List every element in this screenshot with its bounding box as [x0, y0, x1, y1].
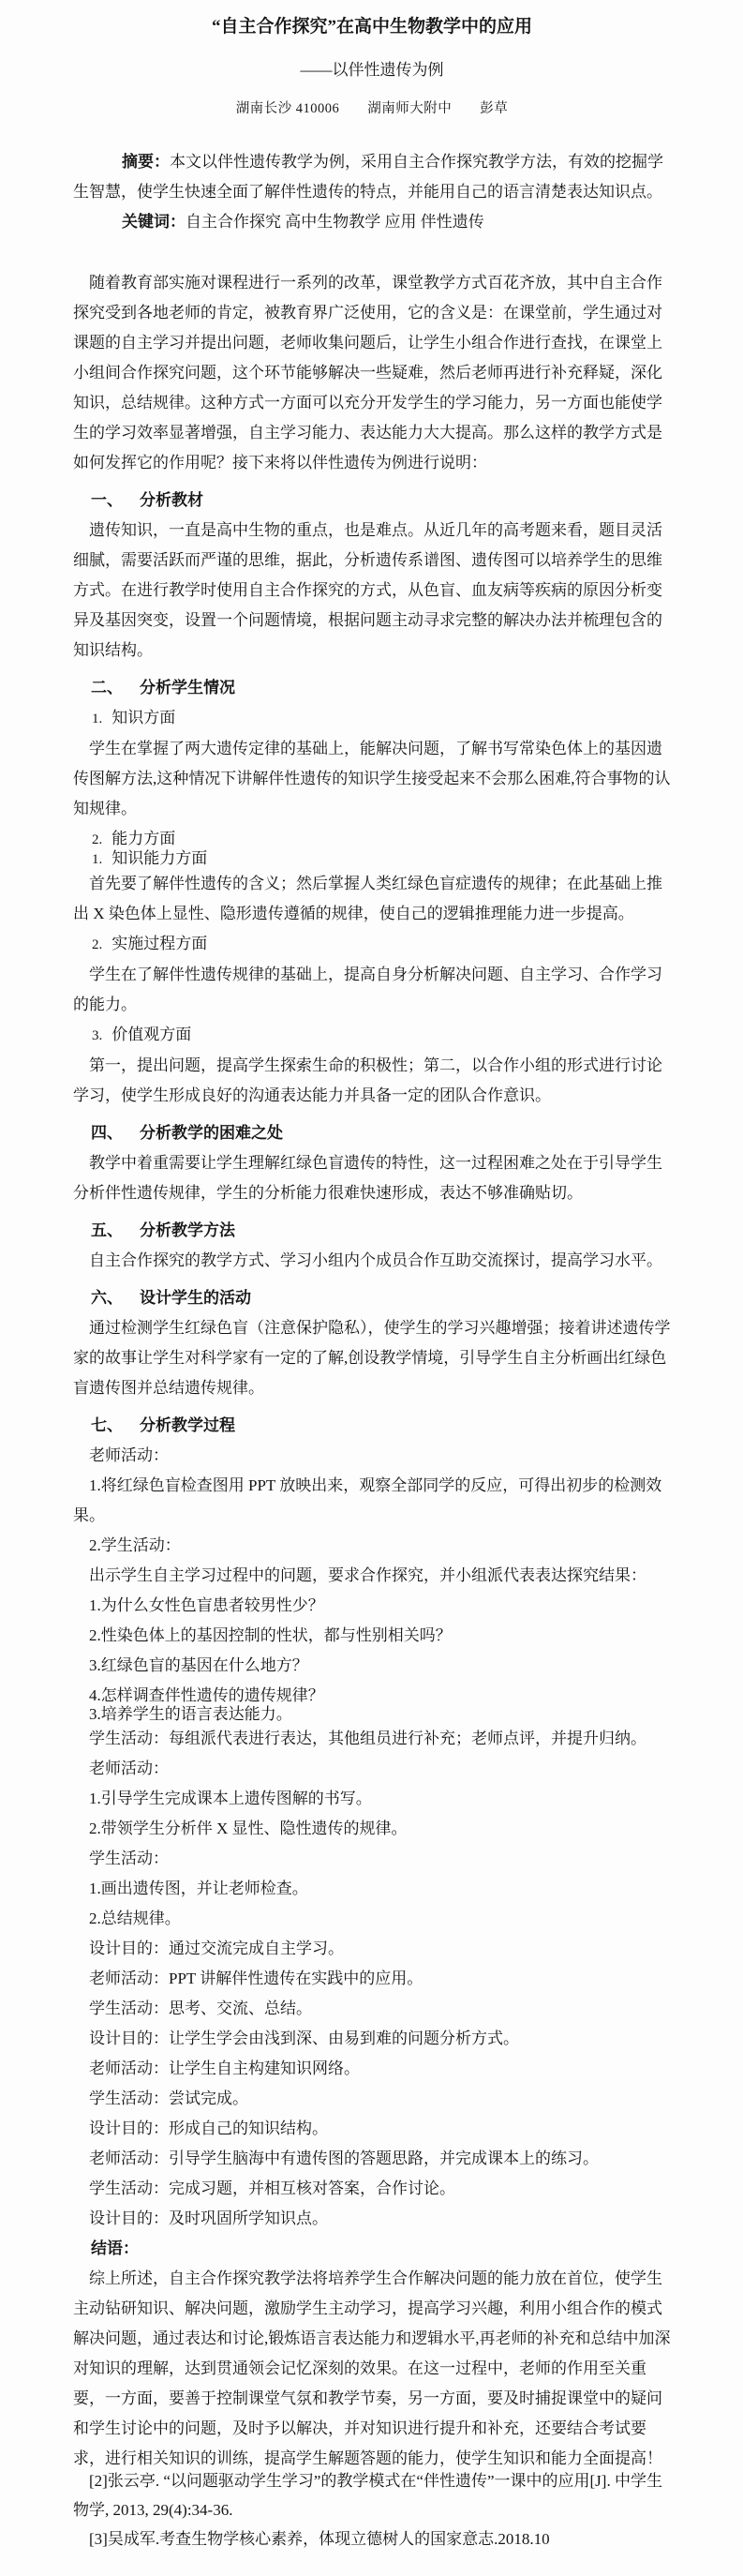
item-text: 知识能力方面 — [111, 849, 207, 867]
activity-line: 出示学生自主学习过程中的问题，要求合作探究，并小组派代表表达探究结果： — [73, 1561, 671, 1591]
conclusion-label: 结语： — [73, 2234, 671, 2264]
section-5-paragraph: 自主合作探究的教学方式、学习小组内个成员合作互助交流探讨，提高学习水平。 — [73, 1246, 671, 1276]
activity-line: 1.将红绿色盲检查图用 PPT 放映出来，观察全部同学的反应，可得出初步的检测效… — [73, 1471, 671, 1531]
intro-paragraph: 随着教育部实施对课程进行一系列的改革，课堂教学方式百花齐放，其中自主合作探究受到… — [73, 268, 671, 478]
activity-line: 老师活动：引导学生脑海中有遗传图的答题思路，并完成课本上的练习。 — [73, 2144, 671, 2174]
blank-gap — [73, 237, 671, 268]
section-heading-1: 一、分析教材 — [73, 486, 671, 516]
item-knowledge: 1.知识方面 — [73, 703, 671, 734]
reference-item: [2]张云亭. “以问题驱动学生学习”的教学模式在“伴性遗传”一课中的应用[J]… — [73, 2466, 671, 2524]
heading-text: 分析教材 — [140, 491, 203, 509]
activity-line: 学生活动：尝试完成。 — [73, 2084, 671, 2114]
paragraph-label: 摘要： — [122, 153, 170, 171]
activity-line: 学生活动：完成习题，并相互核对答案，合作讨论。 — [73, 2174, 671, 2204]
paragraph-implementation: 学生在了解伴性遗传规律的基础上，提高自身分析解决问题、自主学习、合作学习的能力。 — [73, 960, 671, 1020]
item-number: 1. — [92, 850, 102, 869]
heading-text: 分析教学方法 — [140, 1221, 235, 1239]
activity-line: 1.引导学生完成课本上遗传图解的书写。 — [73, 1784, 671, 1814]
item-knowledge-ability: 1.知识能力方面 — [73, 849, 671, 869]
item-text: 能力方面 — [111, 830, 175, 847]
heading-text: 分析教学过程 — [140, 1416, 235, 1434]
heading-number: 七、 — [91, 1411, 123, 1441]
author-line: 湖南长沙 410006 湖南师大附中 彭草 — [73, 98, 671, 119]
heading-text: 设计学生的活动 — [140, 1289, 251, 1307]
reference-item: [3]吴成军.考查生物学核心素养，体现立德树人的国家意志.2018.10 — [73, 2524, 671, 2554]
paragraph-text: 自主合作探究 高中生物教学 应用 伴性遗传 — [186, 213, 484, 231]
activity-line: 老师活动：让学生自主构建知识网络。 — [73, 2054, 671, 2084]
activity-line: 学生活动：每组派代表进行表达，其他组员进行补充；老师点评，并提升归纳。 — [73, 1724, 671, 1754]
section-heading-5: 五、分析教学方法 — [73, 1216, 671, 1246]
heading-number: 五、 — [91, 1216, 123, 1246]
item-text: 实施过程方面 — [111, 935, 207, 952]
section-heading-7: 七、分析教学过程 — [73, 1411, 671, 1441]
activity-line: 学生活动：思考、交流、总结。 — [73, 1994, 671, 2024]
section-heading-4: 四、分析教学的困难之处 — [73, 1118, 671, 1148]
conclusion-paragraph: 综上所述，自主合作探究教学法将培养学生合作解决问题的能力放在首位，使学生主动钻研… — [73, 2264, 671, 2474]
item-text: 知识方面 — [111, 709, 175, 726]
activity-line: 老师活动：PPT 讲解伴性遗传在实践中的应用。 — [73, 1964, 671, 1994]
question-line: 2.性染色体上的基因控制的性状，都与性别相关吗？ — [73, 1621, 671, 1651]
document-title: “自主合作探究”在高中生物教学中的应用 — [73, 13, 671, 41]
heading-number: 六、 — [91, 1283, 123, 1313]
item-text: 价值观方面 — [111, 1026, 191, 1043]
heading-number: 二、 — [91, 673, 123, 703]
paragraph-label: 关键词： — [122, 213, 186, 231]
activity-line: 3.培养学生的语言表达能力。 — [73, 1705, 671, 1724]
activity-line: 设计目的：形成自己的知识结构。 — [73, 2114, 671, 2144]
heading-number: 四、 — [91, 1118, 123, 1148]
activity-line: 2.学生活动： — [73, 1531, 671, 1561]
activity-line: 2.带领学生分析伴 X 显性、隐性遗传的规律。 — [73, 1814, 671, 1844]
activity-line: 设计目的：通过交流完成自主学习。 — [73, 1934, 671, 1964]
paragraph-knowledge: 学生在掌握了两大遗传定律的基础上，能解决问题，了解书写常染色体上的基因遗传图解方… — [73, 734, 671, 824]
question-line: 3.红绿色盲的基因在什么地方？ — [73, 1651, 671, 1681]
item-implementation: 2.实施过程方面 — [73, 929, 671, 960]
activity-line: 1.画出遗传图，并让老师检查。 — [73, 1874, 671, 1904]
paragraph-knowledge-ability: 首先要了解伴性遗传的含义；然后掌握人类红绿色盲症遗传的规律；在此基础上推出 X … — [73, 869, 671, 929]
activity-line: 设计目的：及时巩固所学知识点。 — [73, 2204, 671, 2234]
item-values: 3.价值观方面 — [73, 1020, 671, 1051]
activity-line: 学生活动： — [73, 1844, 671, 1874]
section-6-paragraph: 通过检测学生红绿色盲（注意保护隐私），使学生的学习兴趣增强；接着讲述遗传学家的故… — [73, 1313, 671, 1403]
abstract-paragraph: 摘要：本文以伴性遗传教学为例，采用自主合作探究教学方法，有效的挖掘学生智慧，使学… — [73, 147, 671, 207]
activity-line: 设计目的：让学生学会由浅到深、由易到难的问题分析方式。 — [73, 2024, 671, 2054]
heading-text: 分析教学的困难之处 — [140, 1124, 283, 1142]
document-subtitle: ——以伴性遗传为例 — [73, 57, 671, 83]
document-body: 摘要：本文以伴性遗传教学为例，采用自主合作探究教学方法，有效的挖掘学生智慧，使学… — [73, 147, 671, 2554]
item-number: 2. — [92, 930, 102, 960]
section-heading-2: 二、分析学生情况 — [73, 673, 671, 703]
keywords-paragraph: 关键词：自主合作探究 高中生物教学 应用 伴性遗传 — [73, 207, 671, 237]
item-number: 1. — [92, 704, 102, 734]
question-line: 1.为什么女性色盲患者较男性少？ — [73, 1591, 671, 1621]
item-number: 3. — [92, 1021, 102, 1051]
section-4-paragraph: 教学中着重需要让学生理解红绿色盲遗传的特性，这一过程困难之处在于引导学生分析伴性… — [73, 1148, 671, 1208]
activity-line: 老师活动： — [73, 1754, 671, 1784]
document-page: “自主合作探究”在高中生物教学中的应用 ——以伴性遗传为例 湖南长沙 41000… — [0, 0, 743, 2576]
section-1-paragraph: 遗传知识，一直是高中生物的重点，也是难点。从近几年的高考题来看，题目灵活细腻，需… — [73, 516, 671, 666]
activity-line: 2.总结规律。 — [73, 1904, 671, 1934]
heading-text: 分析学生情况 — [140, 679, 235, 696]
section-heading-6: 六、设计学生的活动 — [73, 1283, 671, 1313]
paragraph-values: 第一，提出问题，提高学生探索生命的积极性；第二，以合作小组的形式进行讨论学习，使… — [73, 1051, 671, 1111]
heading-number: 一、 — [91, 486, 123, 516]
activity-line: 老师活动： — [73, 1441, 671, 1471]
